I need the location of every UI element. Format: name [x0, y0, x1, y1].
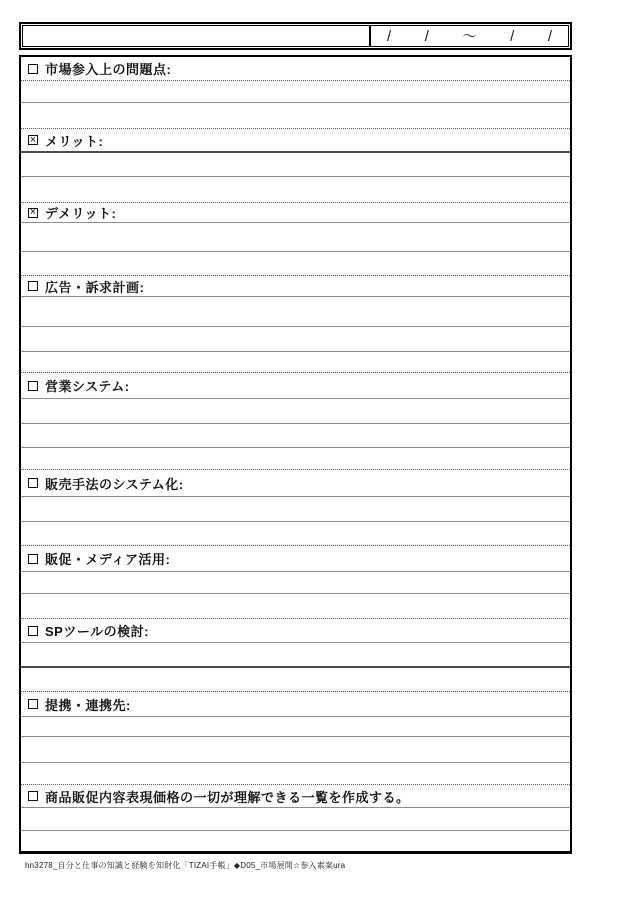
ruled-blank-row	[21, 103, 570, 129]
ruled-blank-row	[21, 352, 570, 373]
ruled-blank-row	[21, 223, 570, 252]
section-label-row: 提携・連携先:	[21, 692, 570, 717]
section-label-row: 市場参入上の問題点:	[21, 57, 570, 81]
ruled-blank-row	[21, 717, 570, 737]
ruled-blank-row	[21, 177, 570, 203]
section-label-row: ×メリット:	[21, 129, 570, 153]
section-label: 営業システム:	[45, 376, 130, 395]
checkbox-unchecked-icon[interactable]	[28, 478, 38, 488]
ruled-blank-row	[21, 424, 570, 448]
section-label-row: ×デメリット:	[21, 203, 570, 223]
checkbox-unchecked-icon[interactable]	[28, 791, 38, 801]
ruled-blank-row	[21, 252, 570, 276]
ruled-blank-row	[21, 448, 570, 470]
section-label-row: 商品販促内容表現価格の一切が理解できる一覧を作成する。	[21, 785, 570, 808]
worksheet-page: / / ～ / / 市場参入上の問題点:×メリット:×デメリット:広告・訴求計画…	[0, 0, 640, 907]
section-label: 市場参入上の問題点:	[45, 59, 171, 78]
main-box: 市場参入上の問題点:×メリット:×デメリット:広告・訴求計画:営業システム:販売…	[19, 55, 572, 854]
section-label: 販売手法のシステム化:	[45, 474, 184, 493]
ruled-blank-row	[21, 399, 570, 424]
date-range-header: / / ～ / /	[19, 22, 572, 50]
section-label: 広告・訴求計画:	[45, 277, 144, 296]
section-label: 提携・連携先:	[45, 695, 131, 714]
checkbox-unchecked-icon[interactable]	[28, 381, 38, 391]
date-slash: /	[548, 29, 552, 44]
section-label: デメリット:	[45, 203, 116, 222]
ruled-blank-row	[21, 297, 570, 327]
section-label: 商品販促内容表現価格の一切が理解できる一覧を作成する。	[45, 787, 410, 806]
ruled-blank-row	[21, 327, 570, 352]
section-label-row: 販売手法のシステム化:	[21, 470, 570, 497]
date-tilde: ～	[463, 29, 477, 43]
ruled-blank-row	[21, 737, 570, 763]
ruled-blank-row	[21, 808, 570, 831]
section-label: メリット:	[45, 131, 103, 150]
date-slash: /	[510, 29, 514, 44]
ruled-blank-row	[21, 643, 570, 668]
checkbox-checked-icon[interactable]: ×	[28, 208, 38, 218]
date-slash: /	[387, 29, 391, 44]
section-label: SPツールの検討:	[45, 621, 149, 640]
ruled-blank-row	[21, 594, 570, 619]
ruled-blank-row	[21, 497, 570, 522]
checkbox-unchecked-icon[interactable]	[28, 281, 38, 291]
ruled-blank-row	[21, 522, 570, 546]
header-title-cell	[23, 26, 371, 46]
ruled-blank-row	[21, 831, 570, 851]
ruled-blank-row	[21, 572, 570, 594]
section-label-row: 営業システム:	[21, 373, 570, 399]
ruled-blank-row	[21, 153, 570, 177]
date-range-cell: / / ～ / /	[371, 26, 568, 46]
ruled-blank-row	[21, 668, 570, 692]
footer-source-note: hn3278_自分と仕事の知識と経験を知財化「TIZAI手帳」◆D05_市場展開…	[25, 860, 345, 871]
ruled-blank-row	[21, 763, 570, 785]
section-label-row: 販促・メディア活用:	[21, 546, 570, 572]
date-range-inner-frame: / / ～ / /	[22, 25, 569, 47]
checkbox-unchecked-icon[interactable]	[28, 699, 38, 709]
checkbox-checked-icon[interactable]: ×	[28, 135, 38, 145]
checkbox-unchecked-icon[interactable]	[28, 64, 38, 74]
section-label-row: SPツールの検討:	[21, 619, 570, 643]
section-label-row: 広告・訴求計画:	[21, 276, 570, 297]
checkbox-unchecked-icon[interactable]	[28, 626, 38, 636]
checkbox-unchecked-icon[interactable]	[28, 554, 38, 564]
section-label: 販促・メディア活用:	[45, 549, 170, 568]
ruled-blank-row	[21, 81, 570, 103]
date-slash: /	[425, 29, 429, 44]
